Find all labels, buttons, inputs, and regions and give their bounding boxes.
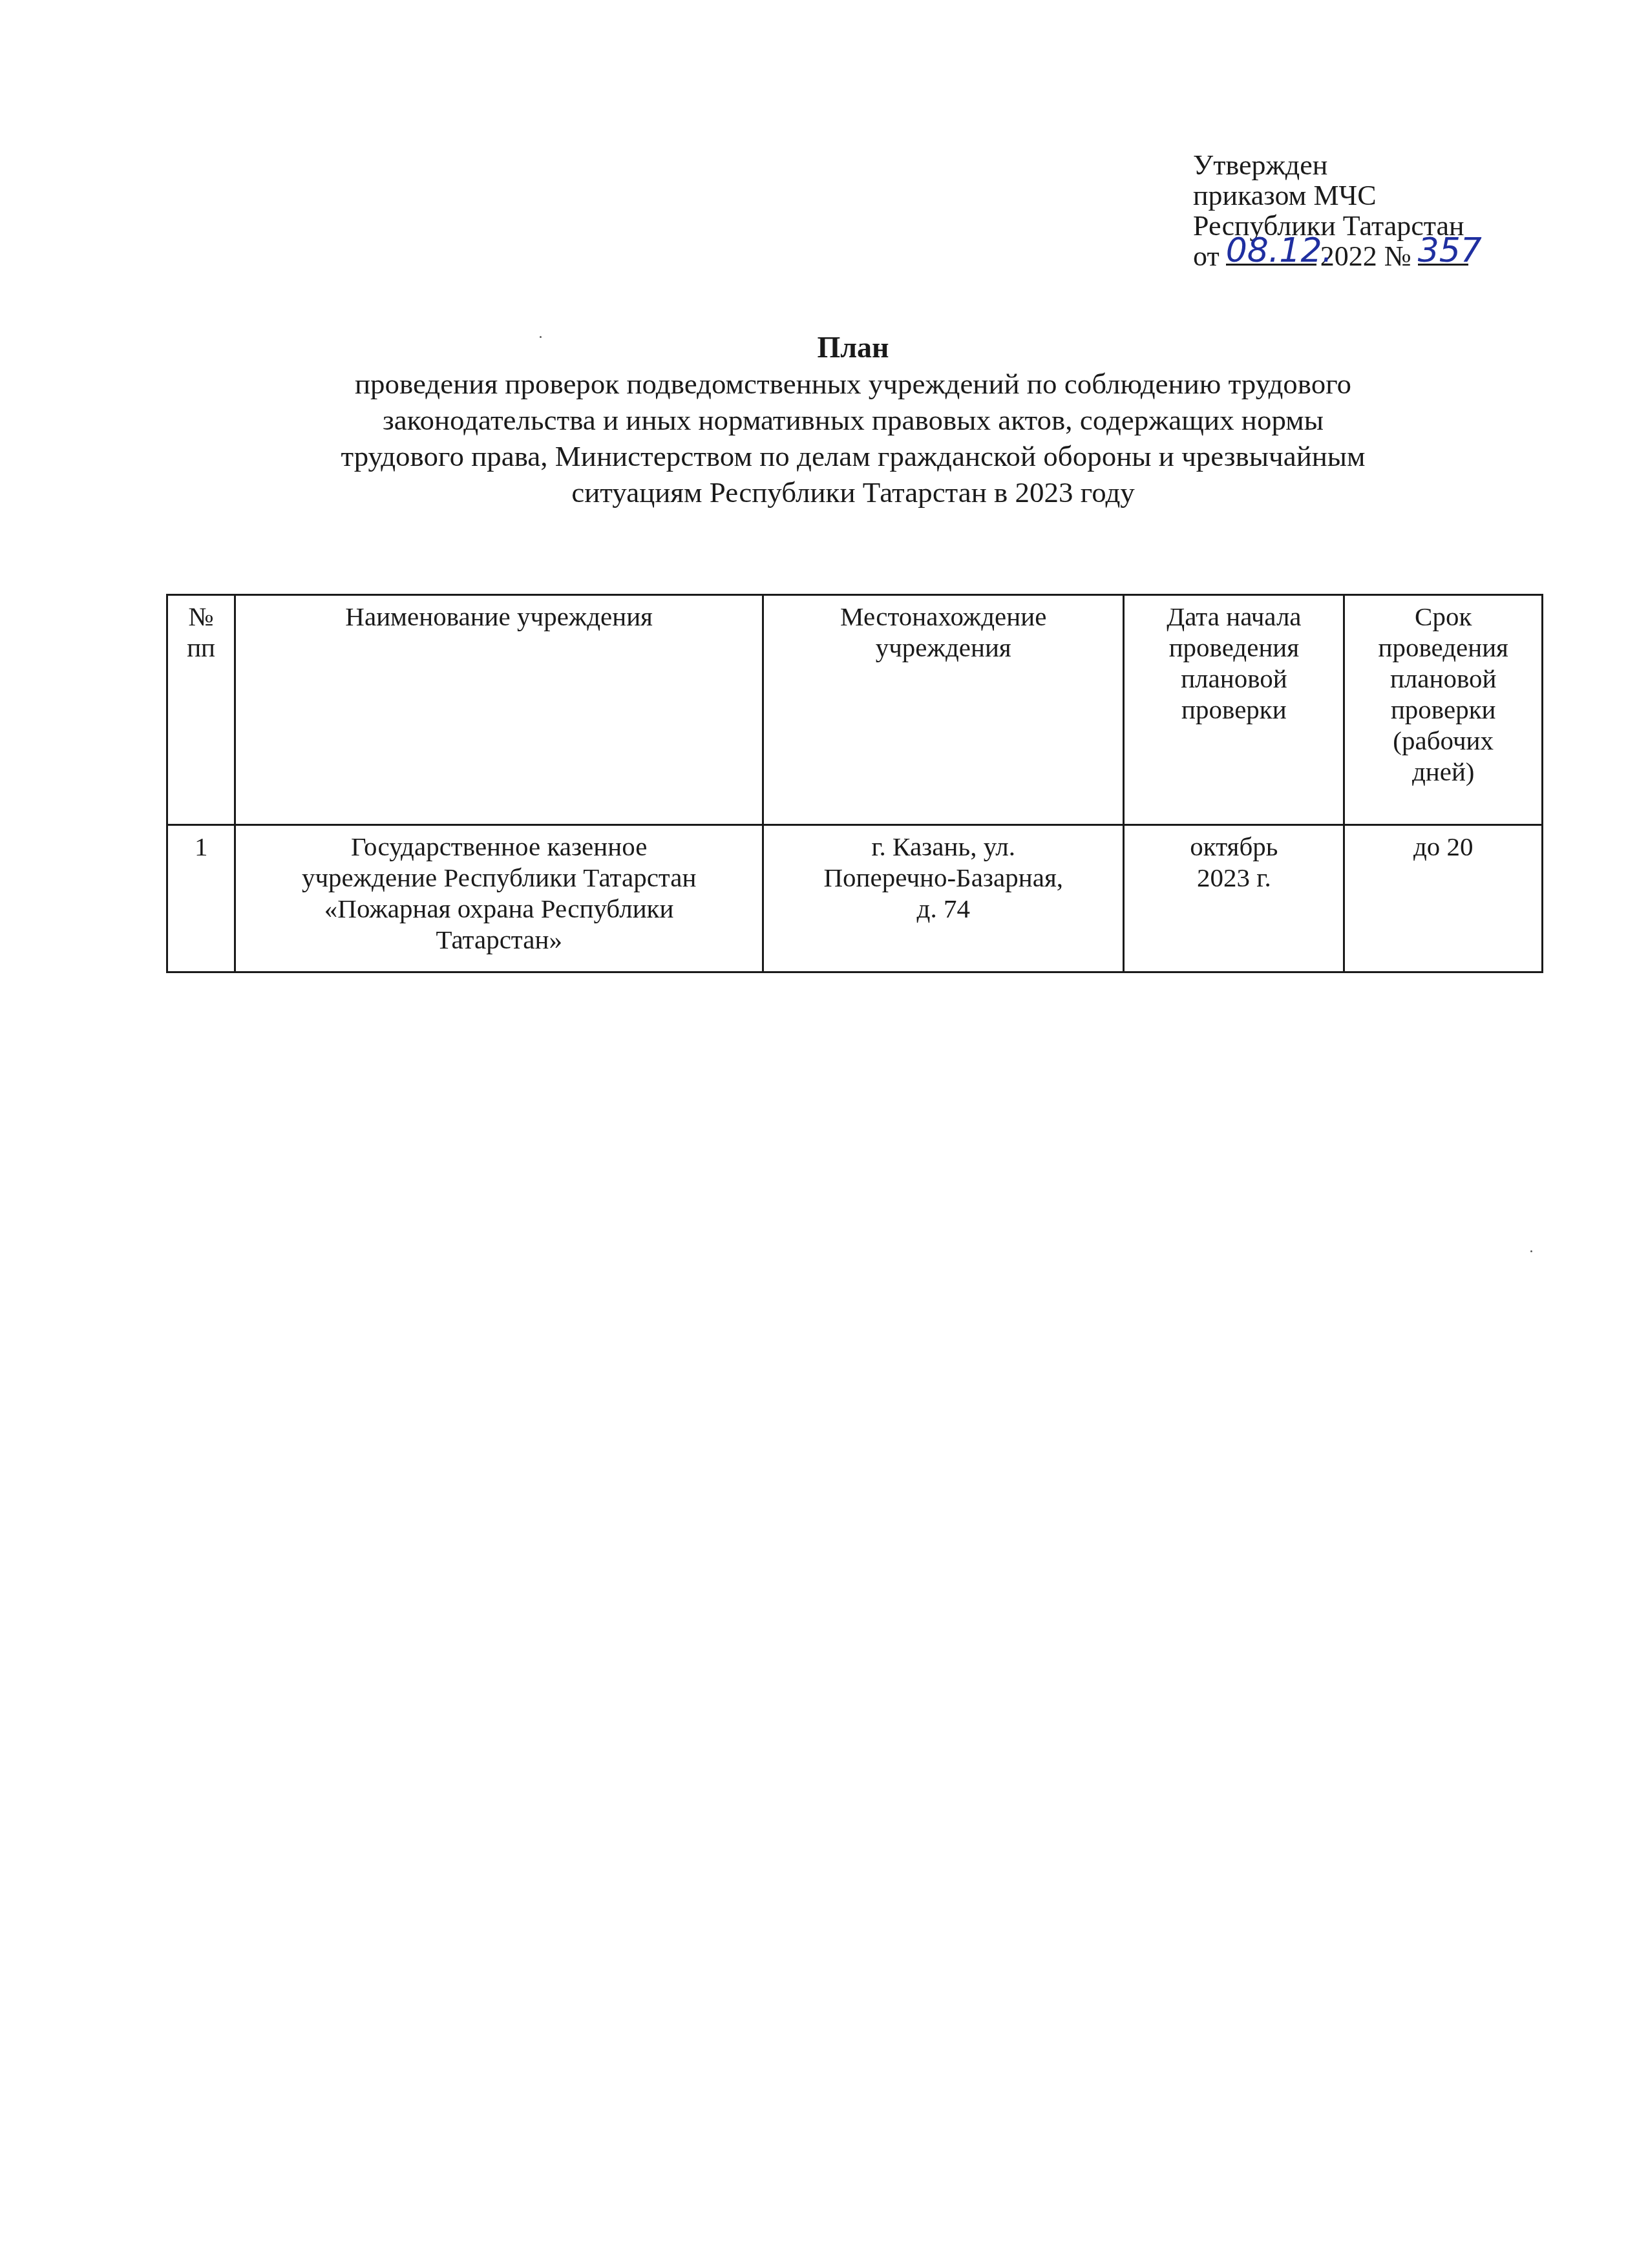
handwritten-order-number: 357	[1418, 238, 1468, 266]
approval-stamp: Утвержден приказом МЧС Республики Татарс…	[1193, 150, 1468, 271]
year-number-label: 2022 №	[1320, 240, 1411, 272]
document-title: План проведения проверок подведомственны…	[181, 330, 1525, 510]
title-subtitle-line-2: законодательства и иных нормативных прав…	[181, 402, 1525, 438]
header-duration: Срок проведения плановой проверки (рабоч…	[1344, 595, 1543, 825]
title-subtitle-line-3: трудового права, Министерством по делам …	[181, 438, 1525, 474]
title-subtitle-line-1: проведения проверок подведомственных учр…	[181, 366, 1525, 402]
approval-line-date: от08.12.2022 №357	[1193, 241, 1468, 271]
header-start-date: Дата начала проведения плановой проверки	[1124, 595, 1344, 825]
cell-duration: до 20	[1344, 825, 1543, 972]
header-number: № пп	[167, 595, 235, 825]
cell-number-text: 1	[195, 832, 208, 861]
from-label: от	[1193, 240, 1220, 272]
table-row: 1 Государственное казенное учреждение Ре…	[167, 825, 1543, 972]
header-duration-text: Срок проведения плановой проверки (рабоч…	[1378, 602, 1508, 786]
title-heading: План	[181, 330, 1525, 366]
cell-institution-text: Государственное казенное учреждение Респ…	[302, 832, 697, 954]
cell-start-date: октябрь 2023 г.	[1124, 825, 1344, 972]
header-number-text: № пп	[187, 602, 215, 662]
cell-number: 1	[167, 825, 235, 972]
cell-institution: Государственное казенное учреждение Респ…	[235, 825, 763, 972]
header-start-date-text: Дата начала проведения плановой проверки	[1167, 602, 1301, 724]
header-institution: Наименование учреждения	[235, 595, 763, 825]
cell-start-date-text: октябрь 2023 г.	[1190, 832, 1278, 892]
cell-duration-text: до 20	[1413, 832, 1474, 861]
header-location-text: Местонахождение учреждения	[840, 602, 1046, 662]
cell-location-text: г. Казань, ул. Поперечно-Базарная, д. 74	[823, 832, 1063, 923]
table-header-row: № пп Наименование учреждения Местонахожд…	[167, 595, 1543, 825]
scan-speck	[1530, 1250, 1532, 1252]
header-location: Местонахождение учреждения	[763, 595, 1124, 825]
handwritten-date: 08.12.	[1226, 238, 1316, 266]
title-subtitle-line-4: ситуациям Республики Татарстан в 2023 го…	[181, 474, 1525, 510]
inspection-plan-table: № пп Наименование учреждения Местонахожд…	[166, 594, 1543, 973]
approval-line-order: приказом МЧС	[1193, 180, 1468, 211]
header-institution-text: Наименование учреждения	[345, 602, 653, 631]
approval-line-approved: Утвержден	[1193, 150, 1468, 180]
cell-location: г. Казань, ул. Поперечно-Базарная, д. 74	[763, 825, 1124, 972]
